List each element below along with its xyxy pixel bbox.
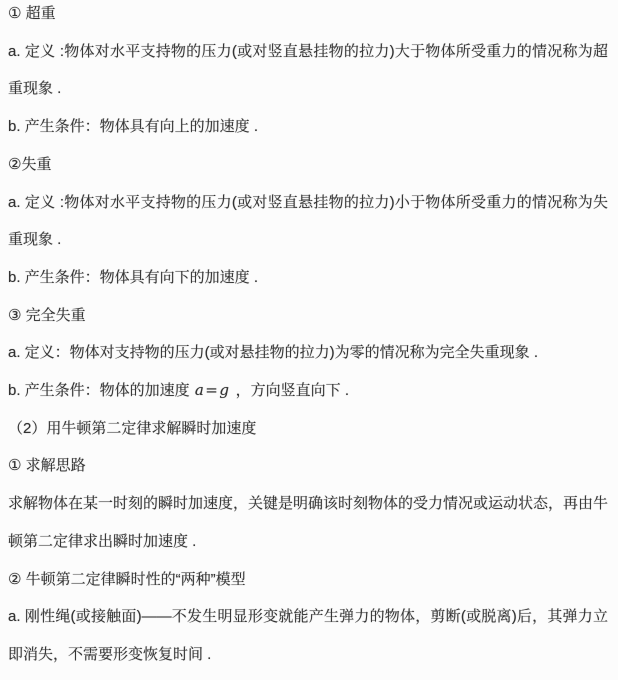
section-2-title: （2）用牛顿第二定律求解瞬时加速度 (8, 410, 608, 448)
document-page: ① 超重 a. 定义 :物体对水平支持物的压力(或对竖直悬挂物的拉力)大于物体所… (0, 0, 618, 680)
complete-weightlessness-condition: b. 产生条件：物体的加速度 a=g ，方向竖直向下 . (8, 372, 608, 410)
weightlessness-condition: b. 产生条件：物体具有向下的加速度 . (8, 259, 608, 297)
overweight-definition: a. 定义 :物体对水平支持物的压力(或对竖直悬挂物的拉力)大于物体所受重力的情… (8, 33, 608, 108)
heading-overweight: ① 超重 (8, 0, 608, 33)
text-run: ，方向竖直向下 . (231, 382, 349, 399)
heading-complete-weightlessness: ③ 完全失重 (8, 297, 608, 335)
heading-weightlessness: ②失重 (8, 146, 608, 184)
text-run: b. 产生条件：物体的加速度 (8, 382, 194, 399)
document-body: ① 超重 a. 定义 :物体对水平支持物的压力(或对竖直悬挂物的拉力)大于物体所… (0, 0, 618, 674)
heading-two-models: ② 牛顿第二定律瞬时性的“两种”模型 (8, 561, 608, 599)
overweight-condition: b. 产生条件：物体具有向上的加速度 . (8, 108, 608, 146)
formula-a-equals-g: a=g (194, 381, 232, 399)
heading-solving-approach: ① 求解思路 (8, 447, 608, 485)
weightlessness-definition: a. 定义 :物体对水平支持物的压力(或对竖直悬挂物的拉力)小于物体所受重力的情… (8, 184, 608, 259)
complete-weightlessness-definition: a. 定义：物体对支持物的压力(或对悬挂物的拉力)为零的情况称为完全失重现象 . (8, 334, 608, 372)
rigid-rope-model-text: a. 刚性绳(或接触面)——不发生明显形变就能产生弹力的物体，剪断(或脱离)后，… (8, 598, 608, 673)
solving-approach-text: 求解物体在某一时刻的瞬时加速度，关键是明确该时刻物体的受力情况或运动状态，再由牛… (8, 485, 608, 560)
